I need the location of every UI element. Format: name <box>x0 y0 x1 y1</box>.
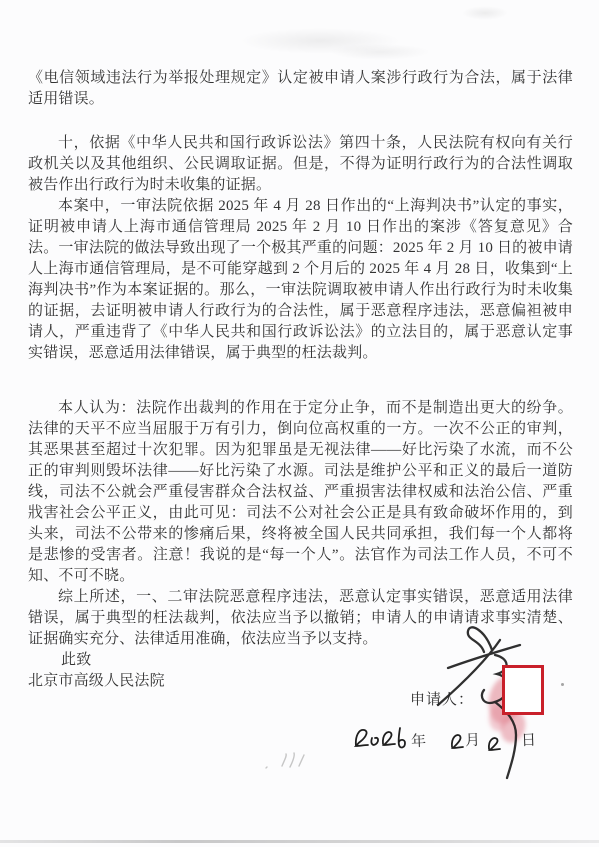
date-day-handwritten <box>486 734 501 753</box>
date-year-handwritten <box>354 726 406 754</box>
date-day-unit: 日 <box>521 729 537 751</box>
scan-smudge <box>462 6 508 20</box>
scan-smudge <box>330 44 430 60</box>
redaction-box <box>502 665 544 715</box>
pencil-scribble <box>262 752 316 776</box>
ink-dot <box>561 683 564 686</box>
date-month-handwritten <box>449 731 464 751</box>
paragraph: 十，依据《中华人民共和国行政诉讼法》第四十条，人民法院有权向有关行政机关以及其他… <box>28 133 573 196</box>
scan-edge-shadow <box>0 840 599 843</box>
scan-smudge <box>240 28 400 54</box>
paragraph: 本人认为：法院作出裁判的作用在于定分止争，而不是制造出更大的纷争。法律的天平不应… <box>28 398 573 587</box>
paragraph: 《电信领域违法行为举报处理规定》认定被申请人案涉行政行为合法，属于法律适用错误。 <box>28 68 573 110</box>
document-body: 《电信领域违法行为举报处理规定》认定被申请人案涉行政行为合法，属于法律适用错误。… <box>28 68 573 692</box>
date-month-unit: 月 <box>465 729 481 751</box>
paragraph: 本案中，一审法院依据 2025 年 4 月 28 日作出的“上海判决书”认定的事… <box>28 196 573 364</box>
date-year-unit: 年 <box>411 730 427 752</box>
handwritten-signature <box>350 600 599 800</box>
scanned-page: 《电信领域违法行为举报处理规定》认定被申请人案涉行政行为合法，属于法律适用错误。… <box>0 0 599 847</box>
